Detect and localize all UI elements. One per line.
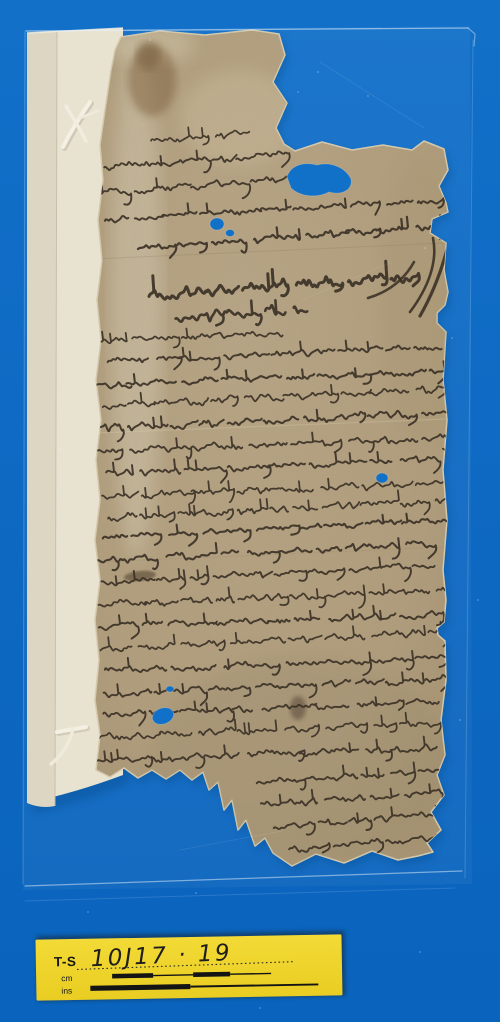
dust-speck [424, 247, 426, 249]
genizah-fragment-photo: T-S 10J17 · 19 cm ins [0, 0, 500, 1022]
dust-speck [459, 719, 461, 721]
dust-speck [259, 1007, 261, 1009]
manuscript-photo: T-S 10J17 · 19 cm ins [0, 0, 500, 1022]
cm-label: cm [61, 973, 73, 983]
manuscript-fragment [80, 20, 460, 880]
dust-speck [477, 599, 479, 601]
dust-speck [59, 449, 61, 451]
dust-speck [419, 951, 421, 953]
dust-speck [317, 71, 319, 73]
collection-label: T-S [54, 954, 77, 969]
dust-speck [195, 892, 197, 894]
dust-speck [149, 39, 151, 41]
dust-speck [367, 95, 369, 97]
dust-speck [347, 821, 349, 823]
ins-label: ins [61, 986, 72, 996]
dust-speck [451, 337, 453, 339]
ruler-card: T-S 10J17 · 19 cm ins [35, 931, 345, 1001]
dust-speck [297, 91, 299, 93]
dust-speck [87, 911, 89, 913]
